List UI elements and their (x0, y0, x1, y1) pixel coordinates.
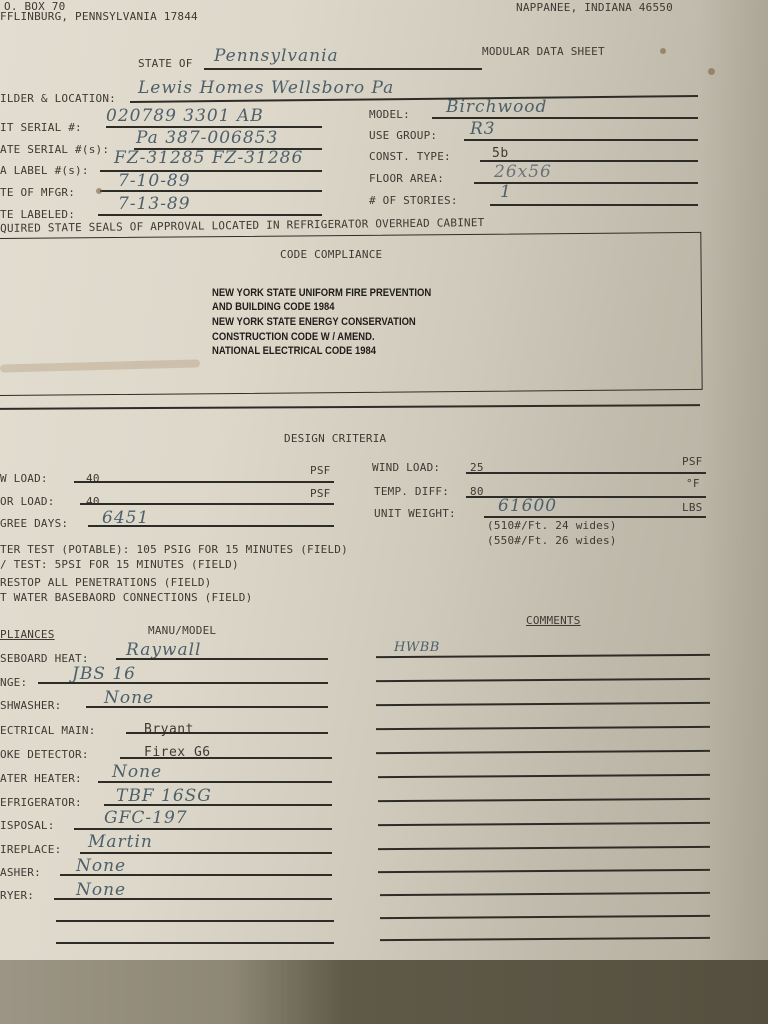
test-line-4: T WATER BASEBAORD CONNECTIONS (FIELD) (0, 591, 252, 604)
stories-label: # OF STORIES: (369, 194, 458, 207)
appliance-value: None (104, 688, 154, 708)
state-serial-label: ATE SERIAL #(s): (0, 143, 109, 156)
page-shadow-bottom (0, 960, 768, 1024)
code-line-4: CONSTRUCTION CODE W / AMEND. (212, 330, 375, 345)
roof-load-unit: PSF (310, 464, 330, 477)
field-underline (104, 804, 332, 806)
comment-line (378, 798, 710, 802)
state-serial-value: Pa 387-006853 (136, 128, 278, 148)
appliance-label: SHWASHER: (0, 699, 61, 712)
label-numbers-label: A LABEL #(s): (0, 164, 89, 177)
appliance-label: ASHER: (0, 866, 41, 879)
model-label: MODEL: (369, 108, 410, 121)
comment-line (378, 822, 710, 826)
appliance-value: TBF 16SG (116, 786, 212, 806)
comment-line (380, 892, 710, 896)
test-line-2: / TEST: 5PSI FOR 15 MINUTES (FIELD) (0, 558, 239, 571)
builder-label: ILDER & LOCATION: (0, 92, 116, 105)
appliance-value: Bryant (144, 722, 194, 737)
floor-area-label: FLOOR AREA: (369, 172, 444, 185)
stain-mark (96, 188, 102, 194)
appliance-value: Martin (88, 832, 153, 852)
unit-weight-label: UNIT WEIGHT: (374, 507, 456, 520)
field-underline (80, 503, 334, 505)
appliance-value: GFC-197 (104, 808, 188, 828)
appliance-label: ATER HEATER: (0, 772, 82, 785)
field-underline (38, 682, 328, 684)
roof-load-label: W LOAD: (0, 472, 48, 485)
state-label: STATE OF (138, 57, 193, 70)
address-line-2: FFLINBURG, PENNSYLVANIA 17844 (0, 10, 198, 23)
field-underline (490, 204, 698, 206)
section-divider (0, 404, 700, 409)
appliance-label: OKE DETECTOR: (0, 748, 89, 761)
field-underline (60, 874, 332, 876)
appliance-value: Raywall (126, 640, 202, 660)
degree-days-label: GREE DAYS: (0, 517, 68, 530)
date-labeled-label: TE LABELED: (0, 208, 75, 221)
form-title: MODULAR DATA SHEET (482, 45, 605, 58)
field-underline (54, 898, 332, 900)
weight-note-24: (510#/Ft. 24 wides) (487, 519, 617, 532)
appliance-value: None (76, 856, 126, 876)
field-underline (484, 516, 706, 518)
roof-load-value: 40 (86, 472, 100, 485)
date-labeled-value: 7-13-89 (118, 194, 191, 214)
comment-line (376, 750, 710, 754)
date-mfgr-value: 7-10-89 (118, 171, 191, 191)
use-group-value: R3 (470, 119, 496, 139)
floor-area-value: 26x56 (494, 162, 552, 182)
label-numbers-value: FZ-31285 FZ-31286 (114, 148, 303, 168)
field-underline (86, 706, 328, 708)
address-right: NAPPANEE, INDIANA 46550 (516, 1, 673, 14)
appliance-value: JBS 16 (72, 664, 136, 684)
field-underline (466, 472, 706, 474)
builder-value: Lewis Homes Wellsboro Pa (138, 78, 394, 98)
modular-data-sheet: O. BOX 70 FFLINBURG, PENNSYLVANIA 17844 … (0, 0, 768, 1024)
floor-load-value: 40 (86, 495, 100, 508)
code-line-1: NEW YORK STATE UNIFORM FIRE PREVENTION (212, 286, 431, 301)
stories-value: 1 (500, 182, 512, 202)
design-criteria-title: DESIGN CRITERIA (284, 432, 386, 445)
comment-line (378, 774, 710, 778)
code-compliance-title: CODE COMPLIANCE (280, 248, 382, 261)
field-underline (88, 525, 334, 527)
comment-line (376, 726, 710, 730)
code-line-2: AND BUILDING CODE 1984 (212, 300, 334, 315)
use-group-label: USE GROUP: (369, 129, 437, 142)
appliance-label: IREPLACE: (0, 843, 61, 856)
model-value: Birchwood (446, 97, 547, 117)
field-underline (74, 828, 332, 830)
wind-load-label: WIND LOAD: (372, 461, 440, 474)
unit-weight-value: 61600 (498, 496, 557, 516)
temp-diff-unit: °F (686, 477, 700, 490)
stain-mark (660, 48, 666, 54)
field-underline (464, 139, 698, 141)
blank-underline (56, 942, 334, 944)
appliances-header: PLIANCES (0, 628, 55, 641)
code-line-5: NATIONAL ELECTRICAL CODE 1984 (212, 344, 376, 359)
comment-value: HWBB (394, 640, 440, 655)
code-line-3: NEW YORK STATE ENERGY CONSERVATION (212, 315, 416, 330)
field-underline (98, 214, 322, 216)
field-underline (126, 732, 328, 734)
floor-load-unit: PSF (310, 487, 330, 500)
field-underline (74, 481, 334, 483)
appliance-label: ISPOSAL: (0, 819, 55, 832)
test-line-1: TER TEST (POTABLE): 105 PSIG FOR 15 MINU… (0, 543, 348, 556)
appliance-label: RYER: (0, 889, 34, 902)
unit-serial-label: IT SERIAL #: (0, 121, 82, 134)
field-underline (120, 757, 332, 759)
comment-line (378, 846, 710, 850)
state-underline (204, 68, 482, 70)
field-underline (80, 852, 332, 854)
const-type-value: 5b (492, 146, 509, 161)
comment-line (376, 678, 710, 682)
comments-header: COMMENTS (526, 614, 581, 627)
field-underline (100, 190, 322, 192)
appliance-label: NGE: (0, 676, 27, 689)
date-mfgr-label: TE OF MFGR: (0, 186, 75, 199)
blank-underline (56, 920, 334, 922)
weight-note-26: (550#/Ft. 26 wides) (487, 534, 617, 547)
appliance-label: ECTRICAL MAIN: (0, 724, 96, 737)
field-underline (116, 658, 328, 660)
const-type-label: CONST. TYPE: (369, 150, 451, 163)
temp-diff-label: TEMP. DIFF: (374, 485, 449, 498)
field-underline (98, 781, 332, 783)
floor-load-label: OR LOAD: (0, 495, 55, 508)
comment-line (376, 702, 710, 706)
comment-line (378, 869, 710, 873)
appliance-value: None (76, 880, 126, 900)
comment-line (380, 937, 710, 941)
appliance-label: EFRIGERATOR: (0, 796, 82, 809)
state-value: Pennsylvania (214, 46, 339, 66)
unit-serial-value: 020789 3301 AB (106, 106, 264, 126)
test-line-3: RESTOP ALL PENETRATIONS (FIELD) (0, 576, 212, 589)
manu-model-header: MANU/MODEL (148, 624, 216, 637)
appliance-value: None (112, 762, 162, 782)
page-shadow-right (700, 0, 768, 1024)
comment-line (380, 915, 710, 919)
